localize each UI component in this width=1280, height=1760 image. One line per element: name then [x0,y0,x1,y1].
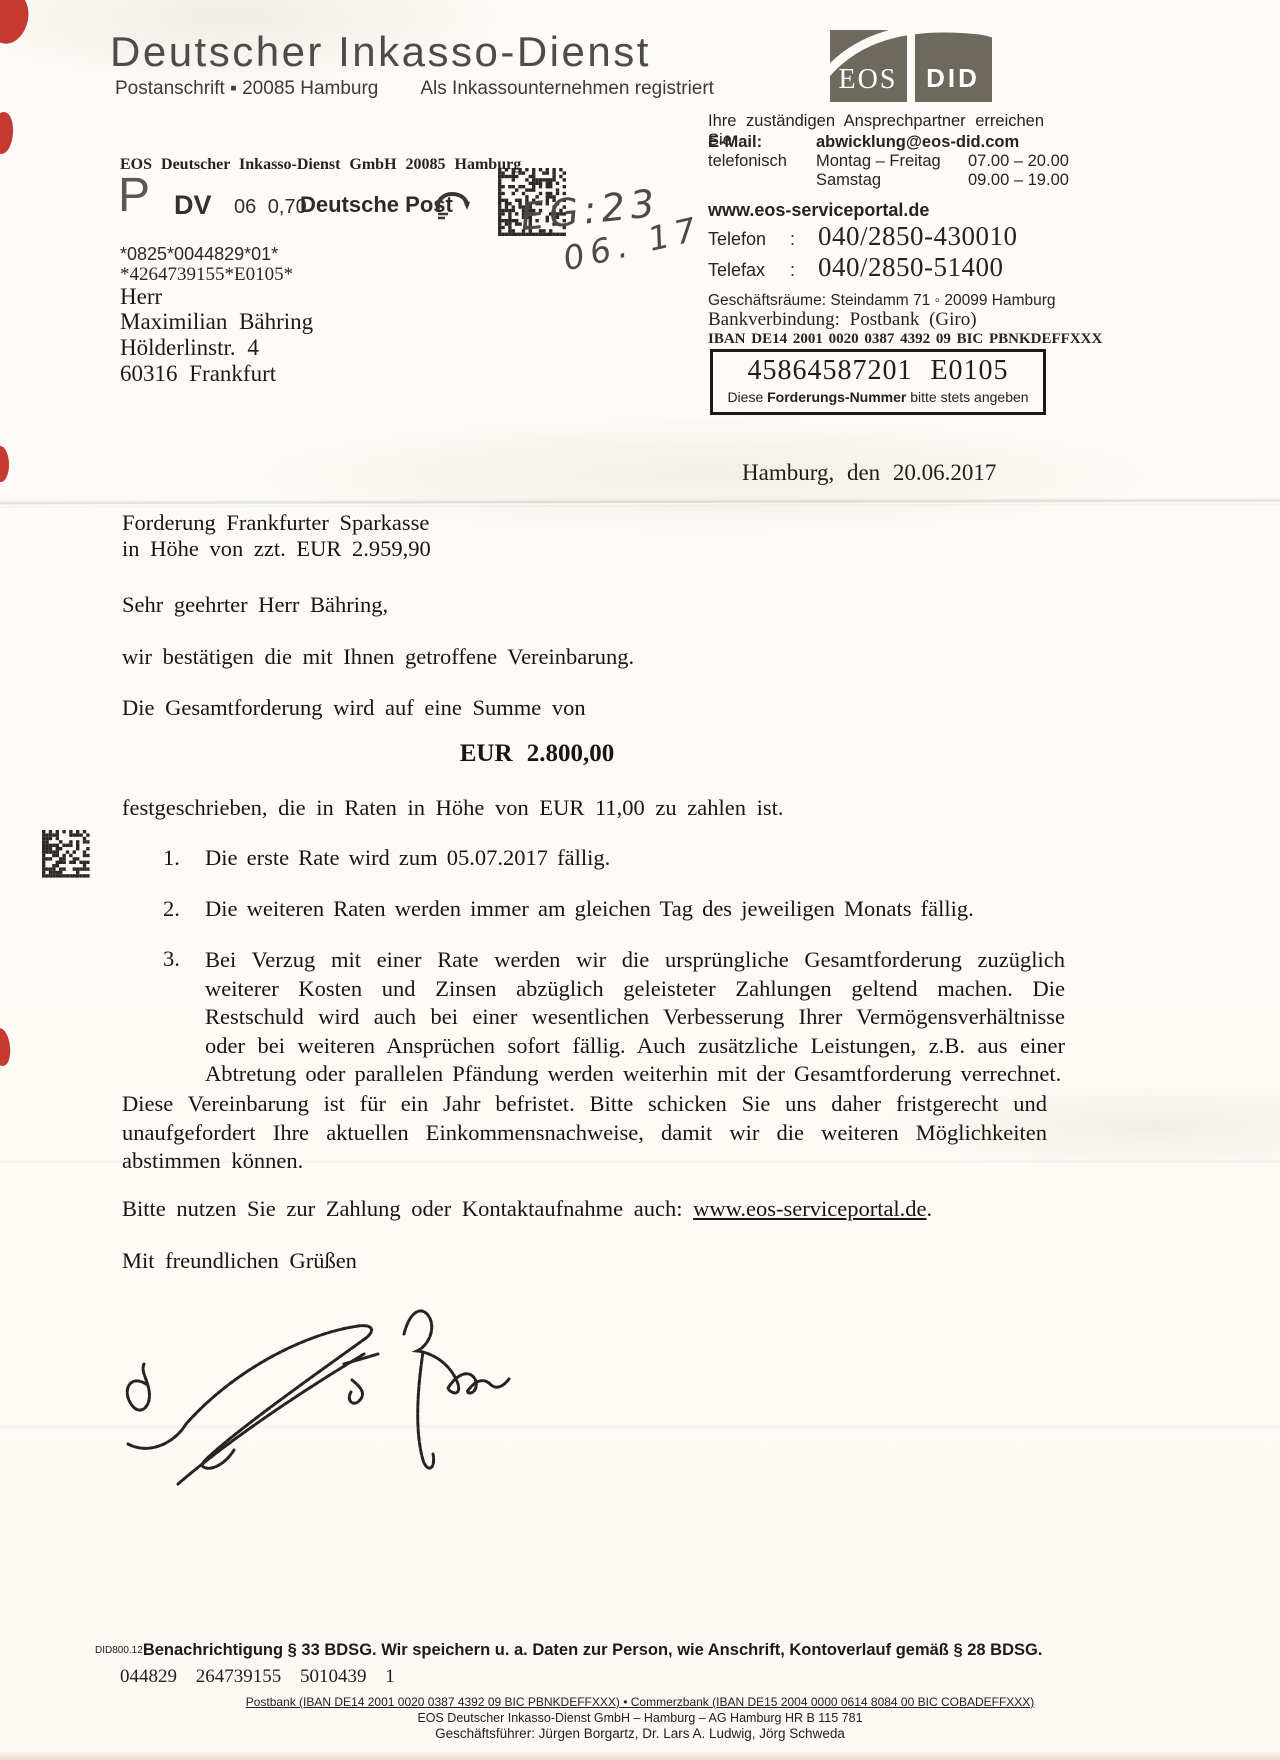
bank-connection: Bankverbindung: Postbank (Giro) [708,309,977,331]
footer-bank-accounts: Postbank (IBAN DE14 2001 0020 0387 4392 … [0,1695,1280,1709]
reference-number: 45864587201 E0105 [713,355,1043,387]
subject-line-2: in Höhe von zzt. EUR 2.959,90 [122,536,1047,562]
recipient-salutation: Herr [120,284,162,310]
deutsche-post-wordmark: Deutsche Post [300,192,453,218]
subject-line-1: Forderung Frankfurter Sparkasse [122,510,1047,536]
telefax-number: 040/2850-51400 [818,252,1004,283]
hours-weekday-value: 07.00 – 20.00 [968,152,1088,171]
portal-url-inline: www.eos-serviceportal.de [693,1196,926,1221]
registered-note: Als Inkassounternehmen registriert [420,78,714,99]
franking-p-mark: P [118,168,150,223]
company-wordmark: Deutscher Inkasso-Dienst [110,28,651,76]
telefon-number: 040/2850-430010 [818,221,1018,252]
scan-artifact-red-mark [0,111,15,155]
service-portal-url: www.eos-serviceportal.de [708,200,929,221]
postal-address-line: Postanschrift ▪ 20085 Hamburg [115,78,378,99]
recipient-street: Hölderlinstr. 4 [120,335,259,361]
contact-rows: E-Mail: abwicklung@eos-did.com telefonis… [708,133,1088,190]
paragraph-agreement-term: Diese Vereinbarung ist für ein Jahr befr… [122,1090,1047,1176]
office-address: Geschäftsräume: Steindamm 71 ◦ 20099 Ham… [708,292,1056,310]
paragraph-installments: festgeschrieben, die in Raten in Höhe vo… [122,795,1047,821]
telefax-row: Telefax : 040/2850-51400 [708,252,1004,283]
separator: : [790,229,818,250]
franking-dv: DV [174,190,212,221]
scan-artifact-red-mark [0,446,9,482]
logo-text-did: DID [926,63,980,93]
scan-artifact-red-mark [0,0,35,49]
reference-number-note: Diese Forderungs-Nummer bitte stets ange… [713,389,1043,405]
hours-weekday-label: Montag – Freitag [816,152,968,171]
list-item-number: 3. [163,946,197,972]
recipient-city: 60316 Frankfurt [120,361,276,387]
scan-artifact-red-mark [0,1027,12,1066]
iban-line: IBAN DE14 2001 0020 0387 4392 09 BIC PBN… [708,331,1102,348]
telefax-label: Telefax [708,260,790,281]
scanned-letter-page: Deutscher Inkasso-Dienst Postanschrift ▪… [0,0,1280,1760]
footer-bdsg-text: Benachrichtigung § 33 BDSG. Wir speicher… [143,1641,1043,1659]
margin-datamatrix-barcode [42,830,90,878]
footer-bdsg-line: DID800.12Benachrichtigung § 33 BDSG. Wir… [95,1641,1185,1660]
list-item-text: Die weiteren Raten werden immer am gleic… [205,896,1065,922]
list-item-text: Bei Verzug mit einer Rate werden wir die… [205,946,1065,1089]
franking-code-line-2: *4264739155*E0105* [120,264,293,286]
franking-code-line-1: *0825*0044829*01* [120,244,278,265]
franking-postage-value: 06 0,70 [234,196,307,219]
eos-did-logo: EOS DID [830,24,996,108]
footer-reference-numbers: 044829 264739155 5010439 1 [120,1666,395,1688]
hours-saturday-value: 09.00 – 19.00 [968,171,1088,190]
footer-form-code: DID800.12 [95,1645,143,1656]
telefon-label: Telefon [708,229,790,250]
telefon-row: Telefon : 040/2850-430010 [708,221,1018,252]
separator: : [790,260,818,281]
date-line: Hamburg, den 20.06.2017 [742,460,996,486]
footer-managing-directors: Geschäftsführer: Jürgen Borgartz, Dr. La… [0,1726,1280,1741]
paragraph-portal-hint: Bitte nutzen Sie zur Zahlung oder Kontak… [122,1196,1047,1222]
scan-edge-shadow [0,1751,1280,1760]
list-item-text: Die erste Rate wird zum 05.07.2017 fälli… [205,845,1065,871]
header-subline: Postanschrift ▪ 20085 HamburgAls Inkasso… [115,78,714,100]
hours-saturday-label: Samstag [816,171,968,190]
handwritten-signatures [116,1292,516,1532]
letter-salutation: Sehr geehrter Herr Bähring, [122,592,1047,618]
recipient-name: Maximilian Bähring [120,309,313,335]
reference-number-box: 45864587201 E0105 Diese Forderungs-Numme… [710,349,1046,415]
list-item-number: 1. [163,845,197,871]
phone-label: telefonisch [708,152,816,171]
settlement-amount: EUR 2.800,00 [122,741,952,767]
paragraph-total-claim: Die Gesamtforderung wird auf eine Summe … [122,695,1047,721]
email-label: E-Mail: [708,133,816,152]
logo-text-eos: EOS [839,64,898,95]
sender-return-address: EOS Deutscher Inkasso-Dienst GmbH 20085 … [120,156,521,174]
paper-fold-crease [0,498,1280,509]
posthorn-icon [434,190,470,227]
list-item-number: 2. [163,896,197,922]
closing-line: Mit freundlichen Grüßen [122,1248,1047,1274]
paragraph-confirmation: wir bestätigen die mit Ihnen getroffene … [122,644,1047,670]
email-value: abwicklung@eos-did.com [816,133,1088,152]
footer-company-register: EOS Deutscher Inkasso-Dienst GmbH – Hamb… [0,1711,1280,1725]
